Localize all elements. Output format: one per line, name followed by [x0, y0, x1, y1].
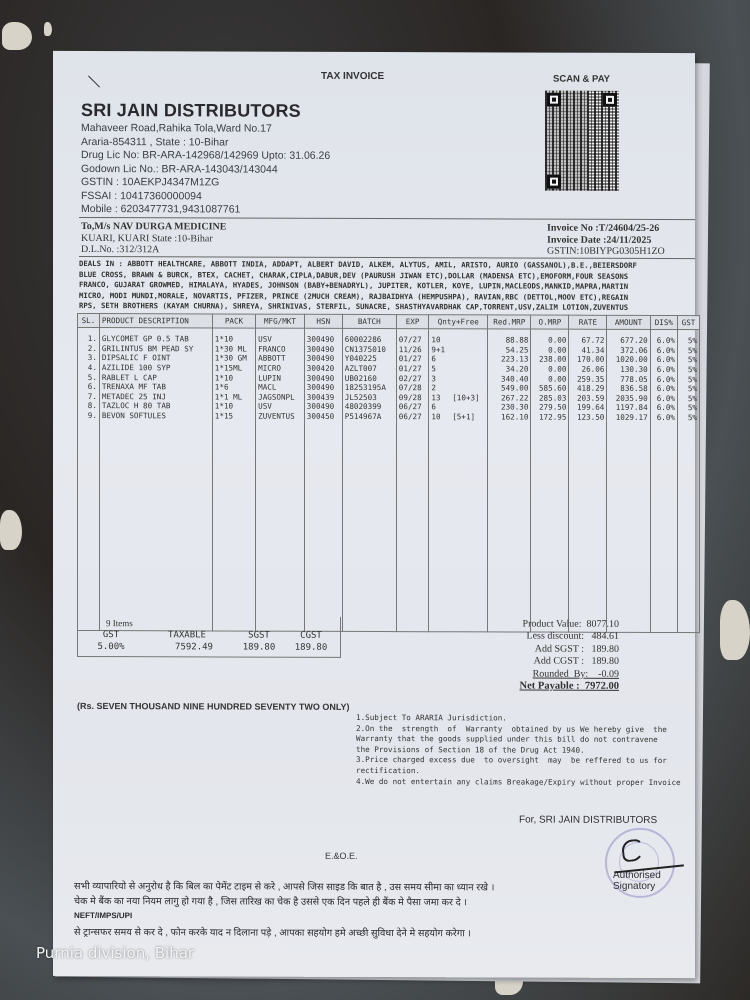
buyer-gstin: GSTIN:10BIYPG0305H1ZO: [547, 246, 665, 258]
buyer-dl-number: D.L.No. :312/312A: [81, 244, 226, 256]
table-cell: 10: [429, 412, 450, 422]
table-cell: 2.: [78, 344, 100, 354]
items-count: 9 Items: [106, 618, 133, 628]
background-speck: [2, 22, 32, 50]
table-cell: 6.0%: [650, 413, 677, 423]
table-cell: 1*1 ML: [212, 392, 255, 402]
hindi-note-line2: चेक मे बैंक का नया नियम लागु हो गया है ,…: [74, 894, 467, 908]
taxable-col: TAXABLE 7592.49: [152, 629, 222, 653]
col-mfg: MFG/MKT: [256, 314, 305, 328]
background-speck: [720, 600, 750, 660]
taxable-label: TAXABLE: [152, 629, 222, 641]
table-cell: 300439: [304, 392, 342, 402]
invoice-date: Invoice Date :24/11/2025: [547, 234, 665, 246]
table-cell: ABBOTT: [256, 354, 305, 364]
table-cell: BEVON SOFTULES: [99, 411, 212, 421]
deals-in-list: DEALS IN : ABBOTT HEALTHCARE, ABBOTT IND…: [79, 259, 694, 314]
table-cell: 5%: [677, 384, 699, 394]
table-cell: 8.: [78, 401, 100, 411]
table-cell: LUPIN: [256, 373, 305, 383]
divider: [79, 217, 695, 220]
seller-drug-license: Drug Lic No: BR-ARA-142968/142969 Upto: …: [81, 149, 330, 163]
col-rate: RATE: [569, 315, 607, 329]
hindi-note-line1: सभी व्यापारियो से अनुरोध है कि बिल का पे…: [74, 879, 494, 893]
table-cell: P514967A: [342, 412, 396, 422]
sgst-value: 189.80: [234, 642, 284, 654]
table-cell: UB02160: [342, 373, 396, 383]
table-cell: DIPSALIC F OINT: [99, 353, 212, 363]
gst-summary-box: 9 Items GST 5.00% TAXABLE 7592.49 SGST 1…: [77, 616, 341, 658]
term-line: 4.We do not entertain any claims Breakag…: [356, 776, 696, 788]
authorised-signatory: Authorised Signatory: [613, 870, 695, 892]
table-cell: JL52503: [342, 392, 396, 402]
table-cell: 1197.84: [607, 403, 650, 413]
table-cell: METADEC 25 INJ: [99, 392, 212, 402]
table-cell: [450, 345, 487, 355]
sgst-label: SGST: [234, 630, 284, 642]
table-cell: 123.50: [569, 412, 607, 422]
table-cell: RABLET L CAP: [99, 372, 212, 382]
qr-finder-icon: [603, 93, 617, 107]
table-cell: USV: [256, 402, 305, 412]
table-cell: 300420: [304, 364, 342, 374]
col-hsn: HSN: [304, 314, 342, 328]
add-cgst: Add CGST : 189.80: [520, 656, 619, 669]
table-cell: [10+3]: [450, 393, 487, 403]
table-cell: 0.00: [531, 374, 569, 384]
table-cell: 0.00: [531, 364, 569, 374]
table-cell: 06/27: [396, 402, 429, 412]
table-cell: 3: [429, 374, 450, 384]
table-cell: 677.20: [607, 329, 650, 345]
buyer-name: To,M/s NAV DURGA MEDICINE: [81, 221, 226, 233]
table-cell: 5%: [677, 355, 699, 365]
col-red-mrp: Red.MRP: [488, 315, 531, 329]
table-cell: Y040225: [342, 354, 396, 364]
table-cell: 9+1: [429, 345, 450, 355]
table-cell: 5%: [677, 413, 699, 423]
table-cell: 34.20: [488, 364, 531, 374]
seller-mobile: Mobile : 6203477731,9431087761: [81, 203, 240, 217]
table-cell: 02/27: [396, 373, 429, 383]
table-cell: 5%: [677, 403, 699, 413]
table-cell: [450, 402, 487, 412]
table-cell: 41.34: [569, 345, 607, 355]
table-cell: 5%: [677, 365, 699, 375]
table-cell: MICRO: [256, 363, 305, 373]
table-cell: 6.0%: [650, 384, 677, 394]
table-cell: 9.: [78, 411, 100, 421]
table-cell: TRENAXA MF TAB: [99, 382, 212, 392]
table-cell: GLYCOMET GP 0.5 TAB: [99, 328, 212, 344]
invoice-meta: Invoice No :T/24604/25-26 Invoice Date :…: [547, 223, 665, 258]
table-cell: 5%: [677, 394, 699, 404]
seller-godown-license: Godown Lic No.: BR-ARA-143043/143044: [81, 162, 278, 176]
table-cell: 1*30 GM: [212, 354, 255, 364]
gst-rate-col: GST 5.00%: [86, 629, 136, 653]
table-cell: 5%: [677, 374, 699, 384]
table-cell: CN1375010: [342, 344, 396, 354]
table-cell: USV: [256, 328, 305, 344]
table-cell: 6.: [78, 382, 100, 392]
table-cell: 372.06: [607, 345, 650, 355]
table-cell: 130.30: [607, 365, 650, 375]
table-cell: 418.29: [569, 384, 607, 394]
qr-finder-icon: [547, 93, 561, 107]
table-cell: 549.00: [488, 383, 531, 393]
amount-in-words: (Rs. SEVEN THOUSAND NINE HUNDRED SEVENTY…: [77, 701, 350, 712]
neft-note: NEFT/IMPS/UPI: [74, 911, 132, 920]
table-cell: FRANCO: [256, 344, 305, 354]
table-cell: 6: [429, 402, 450, 412]
table-cell: GRILINTUS BM PEAD SY: [99, 344, 212, 354]
col-amount: AMOUNT: [607, 315, 650, 329]
col-exp: EXP: [396, 315, 429, 329]
table-cell: 300490: [304, 354, 342, 364]
cgst-label: CGST: [286, 630, 336, 642]
table-cell: 6: [429, 354, 450, 364]
table-cell: 1*10: [212, 402, 255, 412]
totals-block: Product Value: 8077.10 Less discount: 48…: [520, 619, 619, 694]
pen-mark: [88, 75, 100, 87]
table-cell: 172.95: [531, 412, 569, 422]
background-speck: [44, 22, 52, 36]
table-cell: 1020.00: [607, 355, 650, 365]
table-cell: 10: [429, 329, 450, 345]
table-cell: 5%: [677, 346, 699, 356]
table-cell: 07/27: [396, 329, 429, 345]
table-cell: 01/27: [396, 354, 429, 364]
table-cell: 300490: [304, 373, 342, 383]
cgst-col: CGST 189.80: [286, 630, 336, 654]
table-cell: [5+1]: [450, 412, 487, 422]
table-cell: [450, 374, 487, 384]
table-cell: 238.00: [531, 355, 569, 365]
table-cell: 340.40: [488, 374, 531, 384]
table-cell: TAZLOC H 80 TAB: [99, 401, 212, 411]
items-table: SL. PRODUCT DESCRIPTION PACK MFG/MKT HSN…: [77, 313, 700, 634]
sgst-col: SGST 189.80: [234, 630, 284, 654]
photo-location-overlay: Purnia division, Bihar: [36, 944, 194, 962]
table-cell: 13: [429, 393, 450, 403]
table-cell: 162.10: [488, 412, 531, 422]
table-cell: 88.88: [488, 329, 531, 345]
table-cell: 3.: [78, 353, 100, 363]
table-cell: 2035.90: [607, 393, 650, 403]
table-cell: 203.59: [569, 393, 607, 403]
table-cell: [450, 329, 487, 345]
term-line: rectification.: [356, 766, 696, 778]
col-o-mrp: O.MRP: [531, 315, 569, 329]
table-cell: 1.: [78, 327, 100, 343]
table-cell: 6.0%: [650, 346, 677, 356]
table-cell: 223.13: [488, 355, 531, 365]
table-cell: 5%: [677, 330, 699, 346]
table-cell: 6.0%: [650, 374, 677, 384]
buyer-address: KUARI, KUARI State :10-Bihar: [81, 232, 226, 244]
seller-fssai: FSSAI : 10417360000094: [81, 189, 202, 203]
seller-address-line2: Araria-854311 , State : 10-Bihar: [81, 135, 228, 149]
document-title: TAX INVOICE: [321, 71, 384, 82]
col-disc: DIS%: [650, 315, 677, 329]
table-cell: 48020399: [342, 402, 396, 412]
table-cell: 285.03: [531, 393, 569, 403]
payment-qr-code[interactable]: [545, 91, 619, 191]
table-cell: AZLT007: [342, 364, 396, 374]
table-cell: 1*10: [212, 328, 255, 344]
invoice-number: Invoice No :T/24604/25-26: [547, 223, 665, 235]
col-sl: SL.: [78, 313, 100, 327]
table-cell: MACL: [256, 383, 305, 393]
table-cell: 778.05: [607, 374, 650, 384]
table-cell: 2: [429, 383, 450, 393]
table-cell: 267.22: [488, 393, 531, 403]
seller-name: SRI JAIN DISTRIBUTORS: [81, 100, 301, 122]
table-cell: 585.60: [531, 384, 569, 394]
table-cell: 170.00: [569, 355, 607, 365]
rounded-by: Rounded By: -0.09: [520, 668, 619, 681]
col-batch: BATCH: [342, 314, 396, 328]
taxable-value: 7592.49: [152, 641, 222, 653]
table-cell: 1*6: [212, 382, 255, 392]
table-cell: 0.00: [531, 345, 569, 355]
table-cell: ZUVENTUS: [256, 411, 305, 421]
table-cell: 300490: [304, 328, 342, 344]
table-cell: 54.25: [488, 345, 531, 355]
table-cell: 26.06: [569, 364, 607, 374]
table-cell: 67.72: [569, 329, 607, 345]
product-value: Product Value: 8077.10: [520, 619, 619, 632]
table-cell: 6.0%: [650, 329, 677, 345]
table-cell: 5: [429, 364, 450, 374]
for-company: For, SRI JAIN DISTRIBUTORS: [519, 815, 657, 826]
table-cell: 300490: [304, 402, 342, 412]
table-cell: 1029.17: [607, 413, 650, 423]
table-cell: [450, 383, 487, 393]
table-cell: 300490: [304, 383, 342, 393]
add-sgst: Add SGST : 189.80: [520, 643, 619, 656]
table-cell: 1*15: [212, 411, 255, 421]
eoe-note: E.&O.E.: [325, 851, 358, 861]
table-cell: JAGSONPL: [256, 392, 305, 402]
table-cell: 836.58: [607, 384, 650, 394]
col-pack: PACK: [212, 314, 255, 328]
table-cell: 7.: [78, 392, 100, 402]
table-cell: 0.00: [531, 329, 569, 345]
table-cell: 11/26: [396, 345, 429, 355]
table-cell: 259.35: [569, 374, 607, 384]
table-cell: AZILIDE 100 SYP: [99, 363, 212, 373]
table-row: 1.GLYCOMET GP 0.5 TAB1*10USV300490600022…: [78, 327, 700, 345]
net-payable: Net Payable : 7972.00: [520, 681, 619, 694]
invoice-paper: TAX INVOICE SCAN & PAY SRI JAIN DISTRIBU…: [53, 51, 695, 978]
terms-list: 1.Subject To ARARIA Jurisdiction. 2.On t…: [356, 713, 696, 788]
scan-pay-label: SCAN & PAY: [553, 74, 610, 85]
less-discount: Less discount: 484.61: [520, 631, 619, 644]
table-cell: 4.: [78, 363, 100, 373]
term-line: 1.Subject To ARARIA Jurisdiction.: [356, 713, 696, 725]
table-cell: 230.30: [488, 403, 531, 413]
table-cell: 1*15ML: [212, 363, 255, 373]
seller-gstin: GSTIN : 10AEKPJ4347M1ZG: [81, 176, 219, 190]
table-cell: 09/28: [396, 393, 429, 403]
table-cell: 1*10: [212, 373, 255, 383]
qr-finder-icon: [547, 175, 561, 189]
table-cell: 18253195A: [342, 383, 396, 393]
cgst-value: 189.80: [286, 642, 336, 654]
hindi-note-line3: से ट्रान्सफर समय से कर दे , फोन करके याद…: [74, 925, 471, 939]
table-cell: 6.0%: [650, 394, 677, 404]
table-cell: 300490: [304, 344, 342, 354]
table-cell: 6.0%: [650, 403, 677, 413]
background-speck: [0, 510, 22, 550]
table-cell: 07/28: [396, 383, 429, 393]
table-cell: 6.0%: [650, 355, 677, 365]
table-cell: 199.64: [569, 403, 607, 413]
table-cell: 1*30 ML: [212, 344, 255, 354]
table-cell: 06/27: [396, 412, 429, 422]
table-cell: [450, 364, 487, 374]
col-gst: GST: [677, 316, 699, 330]
table-empty-space: [78, 420, 700, 633]
gst-value: 5.00%: [86, 641, 136, 653]
table-cell: [450, 354, 487, 364]
gst-label: GST: [86, 629, 136, 641]
table-cell: 5.: [78, 372, 100, 382]
col-qty: Qnty+Free: [429, 315, 488, 329]
table-cell: 300450: [304, 412, 342, 422]
table-cell: 279.50: [531, 403, 569, 413]
seller-address-line1: Mahaveer Road,Rahika Tola,Ward No.17: [81, 122, 272, 136]
table-cell: 60002286: [342, 328, 396, 344]
buyer-block: To,M/s NAV DURGA MEDICINE KUARI, KUARI S…: [81, 221, 226, 256]
col-product: PRODUCT DESCRIPTION: [99, 314, 212, 328]
table-cell: 6.0%: [650, 365, 677, 375]
deals-in-line: RPS, SETH BROTHERS (KAYAM CHURNA), SHREY…: [79, 301, 694, 314]
table-cell: 01/27: [396, 364, 429, 374]
